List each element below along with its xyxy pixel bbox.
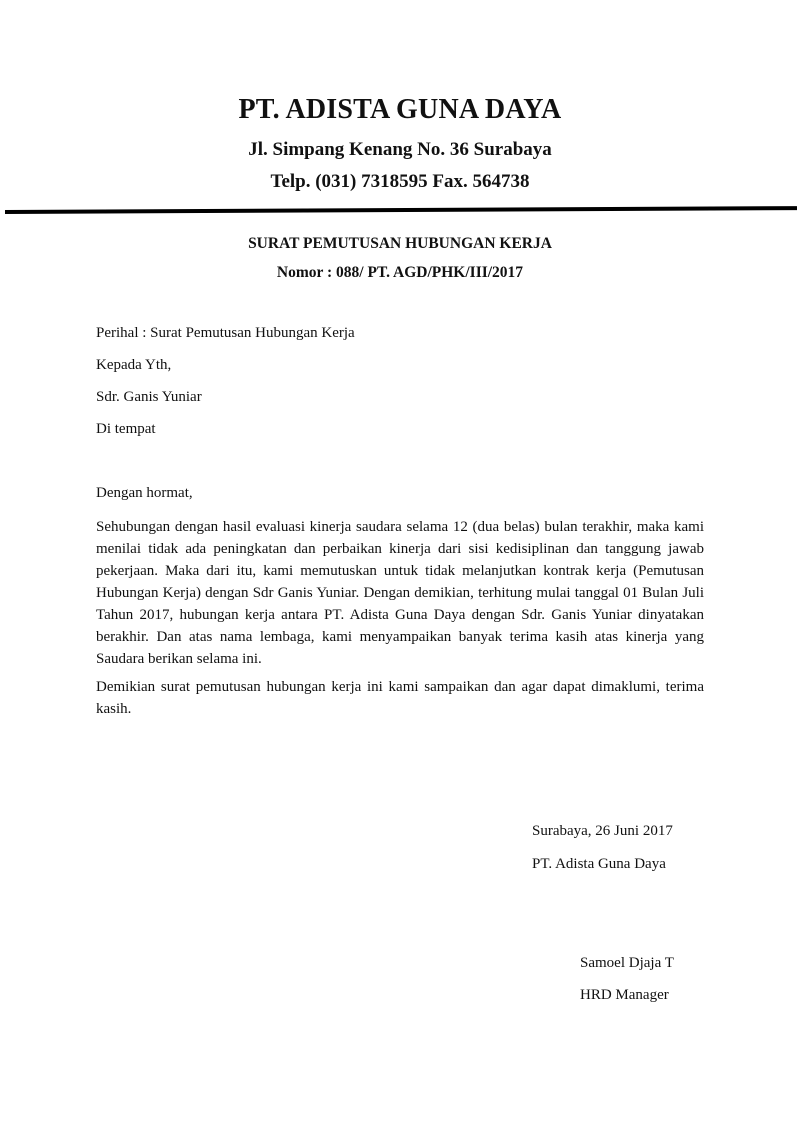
closing-paragraph: Demikian surat pemutusan hubungan kerja … bbox=[96, 676, 704, 720]
letter-title: SURAT PEMUTUSAN HUBUNGAN KERJA bbox=[0, 235, 800, 253]
signer-title: HRD Manager bbox=[580, 987, 669, 1004]
signature-organization: PT. Adista Guna Daya bbox=[532, 856, 666, 873]
subject-line: Perihal : Surat Pemutusan Hubungan Kerja bbox=[96, 325, 355, 342]
company-contact: Telp. (031) 7318595 Fax. 564738 bbox=[0, 171, 800, 193]
salutation: Dengan hormat, bbox=[96, 485, 193, 502]
letter-number: Nomor : 088/ PT. AGD/PHK/III/2017 bbox=[0, 264, 800, 282]
body-paragraph: Sehubungan dengan hasil evaluasi kinerja… bbox=[96, 516, 704, 670]
company-name: PT. ADISTA GUNA DAYA bbox=[0, 94, 800, 126]
company-address: Jl. Simpang Kenang No. 36 Surabaya bbox=[0, 139, 800, 161]
recipient-greeting: Kepada Yth, bbox=[96, 357, 171, 374]
place-date: Surabaya, 26 Juni 2017 bbox=[532, 823, 673, 840]
signer-name: Samoel Djaja T bbox=[580, 955, 674, 972]
recipient-name: Sdr. Ganis Yuniar bbox=[96, 389, 202, 406]
recipient-place: Di tempat bbox=[96, 421, 156, 438]
letterhead-divider bbox=[5, 206, 797, 214]
